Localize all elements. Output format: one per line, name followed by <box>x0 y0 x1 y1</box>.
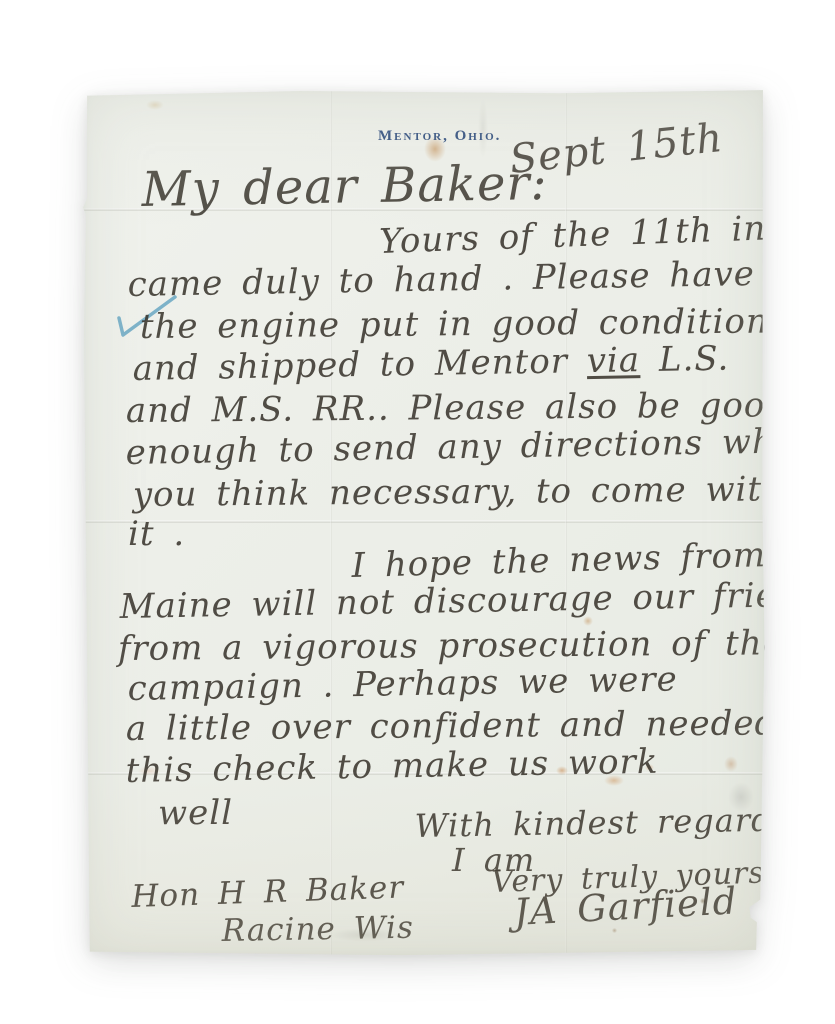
body-line-4-post: L.S. <box>640 339 730 381</box>
body-line-4-pre: and shipped to Mentor <box>132 341 587 389</box>
body-line-2: came duly to hand . Please have <box>127 257 755 302</box>
letter-paper: Mentor, Ohio. Sept 15th My dear Baker: Y… <box>83 88 765 956</box>
address-line-1: Hon H R Baker <box>131 872 405 913</box>
body-line-14: this check to make us work <box>125 745 658 788</box>
body-line-4: and shipped to Mentor via L.S. <box>132 342 729 386</box>
scan-background: Mentor, Ohio. Sept 15th My dear Baker: Y… <box>0 0 835 1024</box>
body-line-5: and M.S. RR.. Please also be good <box>126 388 789 428</box>
body-line-13: a little over confident and needed <box>126 706 778 746</box>
body-line-8: it . <box>128 517 185 551</box>
body-line-11: from a vigorous prosecution of the <box>118 626 784 666</box>
foxing-stain-top-left <box>146 100 164 110</box>
horizontal-fold-crease-2 <box>83 520 765 523</box>
body-line-6: enough to send any directions which <box>125 424 830 470</box>
salutation-line: My dear Baker: <box>141 159 548 214</box>
closing-line-1: With kindest regards <box>414 803 790 842</box>
body-line-4-underlined-word: via <box>586 340 640 381</box>
body-line-10: Maine will not discourage our friends <box>119 577 835 624</box>
foxing-stain-right-edge <box>724 756 738 772</box>
address-line-2: Racine Wis <box>221 913 414 947</box>
letter-paper-shadow: Mentor, Ohio. Sept 15th My dear Baker: Y… <box>83 88 765 956</box>
signature: JA Garfield <box>513 882 738 931</box>
body-line-15: well <box>158 796 233 830</box>
letterhead-text: Mentor, Ohio. <box>378 128 501 145</box>
vertical-fold-crease-1 <box>330 88 332 956</box>
body-line-7: you think necessary, to come with <box>133 472 785 512</box>
body-line-3: the engine put in good condition <box>140 305 769 344</box>
body-line-1: Yours of the 11th inst <box>379 210 800 259</box>
body-line-12: campaign . Perhaps we were <box>127 662 678 706</box>
